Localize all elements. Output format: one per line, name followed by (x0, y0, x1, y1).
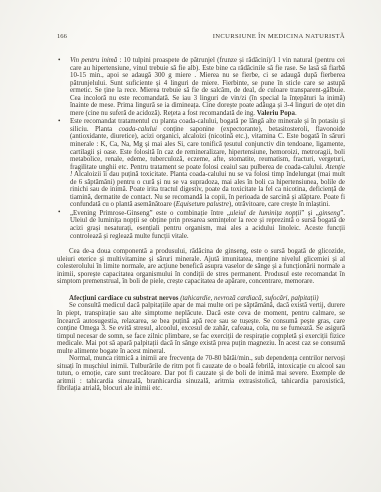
section-heading-cardiac: Afecțiuni cardiace cu substrat nervos (t… (57, 295, 345, 303)
book-page: 166 INCURSIUNE ÎN MEDICINA NATURISTĂ • V… (0, 0, 381, 492)
paragraph-ginseng: Cea de-a doua componentă a produsului, r… (57, 248, 345, 286)
page-body: • Vin pentru inimă : 10 tulpini proaspet… (57, 57, 345, 393)
running-title: INCURSIUNE ÎN MEDICINA NATURISTĂ (213, 33, 345, 40)
remedy-bullet-list: • Vin pentru inimă : 10 tulpini proaspet… (57, 57, 345, 240)
paragraph-palpitations: Se consultă medicul dacă palpitațiile ap… (57, 302, 345, 355)
bullet-text-evening-primrose: „Evening Primrose-Ginseng” este o combin… (70, 210, 345, 240)
page-number: 166 (57, 33, 67, 40)
bullet-item-evening-primrose: • „Evening Primrose-Ginseng” este o comb… (57, 210, 345, 240)
paragraph-heart-rhythm: Normal, munca ritmică a inimii are frecv… (57, 355, 345, 393)
bullet-icon: • (58, 118, 60, 126)
bullet-icon: • (58, 209, 60, 217)
bullet-text-heart-wine: Vin pentru inimă : 10 tulpini proaspete … (70, 57, 345, 117)
bullet-item-horsetail: • Este recomandat tratamentul cu planta … (57, 118, 345, 209)
bullet-item-heart-wine: • Vin pentru inimă : 10 tulpini proaspet… (57, 57, 345, 117)
page-header: 166 INCURSIUNE ÎN MEDICINA NATURISTĂ (57, 33, 345, 40)
bullet-text-horsetail: Este recomandat tratamentul cu planta co… (70, 118, 345, 208)
bullet-icon: • (58, 57, 60, 65)
